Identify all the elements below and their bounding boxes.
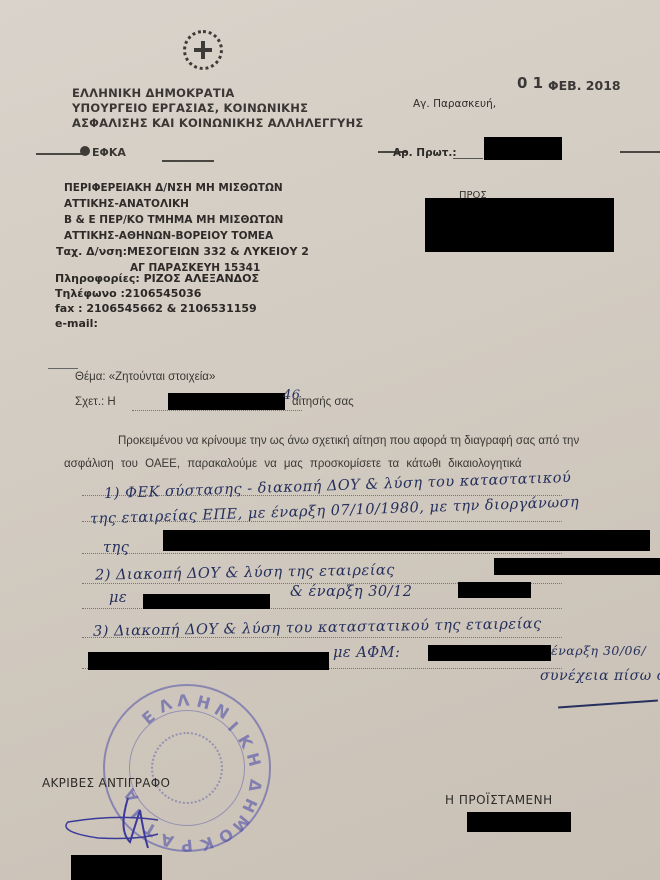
divider [48, 368, 78, 369]
redacted-item-3-vat [428, 645, 551, 661]
handwritten-continue-note: συνέχεια πίσω σελίδα [540, 668, 660, 684]
date-stamp-day: 0 1 [517, 74, 543, 92]
redacted-item-2-vat [143, 594, 270, 609]
certified-copy-label: ΑΚΡΙΒΕΣ ΑΝΤΙΓΡΑΦΟ [42, 776, 170, 790]
ministry-line-1: ΥΠΟΥΡΓΕΙΟ ΕΡΓΑΣΙΑΣ, ΚΟΙΝΩΝΙΚΗΣ [72, 101, 308, 116]
date-stamp-month-year: ΦΕΒ. 2018 [548, 78, 621, 93]
divider [36, 153, 86, 155]
protocol-line [453, 158, 483, 159]
form-line [82, 553, 562, 554]
signature-scribble-icon [58, 790, 168, 860]
handwritten-item-3-line-2: με ΑΦΜ: [333, 645, 400, 661]
office-line-1: ΠΕΡΙΦΕΡΕΙΑΚΗ Δ/ΝΣΗ ΜΗ ΜΙΣΘΩΤΩΝ [64, 180, 283, 196]
body-line-1: Προκειμένου να κρίνουμε την ως άνω σχετι… [118, 435, 579, 447]
supervisor-title: Η ΠΡΟΪΣΤΑΜΕΝΗ [445, 793, 553, 807]
reference-line [132, 410, 302, 411]
fax: fax : 2106545662 & 2106531159 [55, 301, 257, 317]
arrow-underline-icon [558, 700, 658, 709]
office-address: Ταχ. Δ/νση:ΜΕΣΟΓΕΙΩΝ 332 & ΛΥΚΕΙΟΥ 2 [56, 244, 309, 260]
handwritten-item-2-line-2-suffix: & έναρξη 30/12 [290, 584, 413, 600]
redacted-recipient [425, 198, 614, 252]
redacted-certifier-name [71, 855, 162, 880]
protocol-label: Αρ. Πρωτ.: [393, 147, 457, 159]
subject: Θέμα: «Ζητούνται στοιχεία» [75, 371, 215, 383]
handwritten-item-3-line-2-suffix: έναρξη 30/06/ [551, 643, 646, 658]
office-line-4: ΑΤΤΙΚΗΣ-ΑΘΗΝΩΝ-ΒΟΡΕΙΟΥ ΤΟΜΕΑ [64, 228, 273, 244]
email-label: e-mail: [55, 316, 98, 332]
office-line-2: ΑΤΤΙΚΗΣ-ΑΝΑΤΟΛΙΚΗ [64, 196, 189, 212]
handwritten-item-2-line-2-prefix: με [109, 590, 127, 606]
office-line-3: Β & Ε ΠΕΡ/ΚΟ ΤΜΗΜΑ ΜΗ ΜΙΣΘΩΤΩΝ [64, 212, 283, 228]
greek-coat-of-arms-icon [183, 30, 223, 70]
redacted-reference [168, 393, 285, 410]
redacted-supervisor-name [467, 812, 571, 832]
body-line-2: ασφάλιση του ΟΑΕΕ, παρακαλούμε να μας πρ… [64, 458, 522, 470]
handwritten-item-2-line-1: 2) Διακοπή ΔΟΥ & λύση της εταιρείας [95, 562, 395, 583]
reference-suffix: αίτησής σας [292, 396, 354, 408]
info-contact: Πληροφορίες: ΡΙΖΟΣ ΑΛΕΞΑΝΔΟΣ [55, 271, 259, 287]
divider [620, 151, 660, 153]
divider [162, 160, 214, 162]
efka-logo-icon [80, 146, 90, 156]
republic-heading: ΕΛΛΗΝΙΚΗ ΔΗΜΟΚΡΑΤΙΑ [72, 86, 235, 101]
ministry-line-2: ΑΣΦΑΛΙΣΗΣ ΚΑΙ ΚΟΙΝΩΝΙΚΗΣ ΑΛΛΗΛΕΓΓΥΗΣ [72, 116, 363, 131]
handwritten-item-1-line-3: της [103, 540, 129, 556]
redacted-item-2-year [458, 582, 531, 598]
redacted-item-1-detail [163, 530, 650, 551]
redacted-protocol-number [484, 137, 562, 160]
phone: Τηλέφωνο :2106545036 [55, 286, 201, 302]
redacted-item-2-company [494, 558, 660, 575]
agency-logo: ΕΦΚΑ [92, 146, 126, 159]
redacted-item-3-company [88, 652, 329, 670]
place: Αγ. Παρασκευή, [413, 98, 496, 110]
reference-prefix: Σχετ.: Η [75, 396, 116, 408]
